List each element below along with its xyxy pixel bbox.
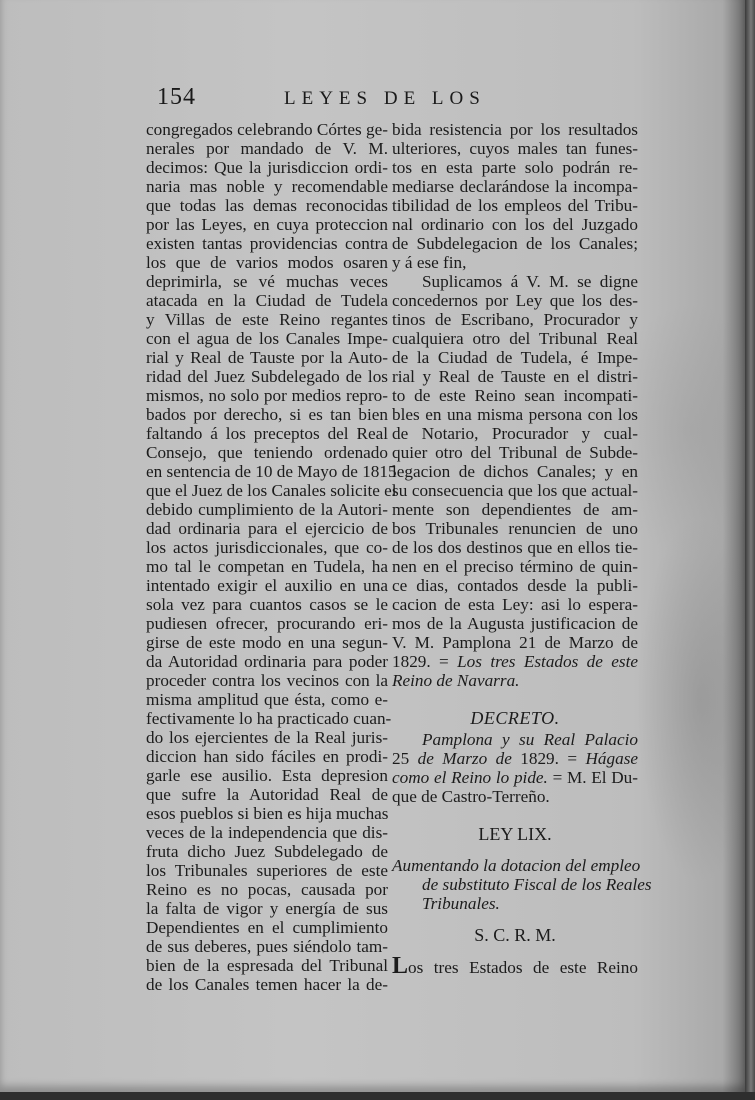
- text-line: congregados celebrando Córtes ge-: [146, 120, 388, 139]
- decree-order-cont: como el Reino lo pide.: [392, 768, 548, 787]
- decree-line-2: 25 de Marzo de 1829. = Hágase: [392, 749, 638, 768]
- text-line: su consecuencia que los que actual-: [392, 481, 638, 500]
- law-heading: LEY LIX.: [392, 822, 638, 846]
- text-line: y á ese fin,: [392, 253, 638, 272]
- text-line: bida resistencia por los resultados: [392, 120, 638, 139]
- closing-date: 1829. =: [392, 652, 457, 671]
- supplication-text: Suplicamos á V. M. se digneconcedernos p…: [392, 272, 638, 652]
- closing-signatories: Los tres Estados de este: [457, 652, 638, 671]
- text-line: ce dias, contados desde la publi-: [392, 576, 638, 595]
- text-line: bos Tribunales renuncien de uno: [392, 519, 638, 538]
- text-line: tos en esta parte solo podrán re-: [392, 158, 638, 177]
- text-line: de substituto Fiscal de los Reales: [392, 875, 638, 894]
- scan-border: [0, 1092, 755, 1100]
- decree-heading: DECRETO.: [392, 706, 638, 730]
- running-head-title: LEYES DE LOS: [284, 88, 486, 110]
- text-line: tinos de Escribano, Procurador y: [392, 310, 638, 329]
- text-line: que el Juez de los Canales solicite el: [146, 481, 388, 500]
- text-line: misma amplitud que ésta, como e-: [146, 690, 388, 709]
- text-line: de la Ciudad de Tudela, é Impe-: [392, 348, 638, 367]
- text-line: faltando á los preceptos del Real: [146, 424, 388, 443]
- text-line: Aumentando la dotacion del empleo: [392, 856, 638, 875]
- text-line: por las Leyes, en cuya proteccion: [146, 215, 388, 234]
- text-line: Tribunales.: [392, 894, 638, 913]
- text-line: V. M. Pamplona 21 de Marzo de: [392, 633, 638, 652]
- text-line: veces de la independencia que dis-: [146, 823, 388, 842]
- text-line: la falta de vigor y energía de sus: [146, 899, 388, 918]
- text-line: rial y Real de Tauste por la Auto-: [146, 348, 388, 367]
- text-line: nen en el preciso término de quin-: [392, 557, 638, 576]
- decree-line-3: como el Reino lo pide. = M. El Du-: [392, 768, 638, 787]
- closing-line: 1829. = Los tres Estados de este: [392, 652, 638, 671]
- text-line: proceder contra los vecinos con la: [146, 671, 388, 690]
- text-line: fectivamente lo ha practicado cuan-: [146, 709, 388, 728]
- text-line: intentado exigir el auxilio en una: [146, 576, 388, 595]
- text-line: con el agua de los Canales Impe-: [146, 329, 388, 348]
- text-line: ridad del Juez Subdelegado de los: [146, 367, 388, 386]
- running-head: 154 LEYES DE LOS: [157, 84, 637, 114]
- petition-text: bida resistencia por los resultadosulter…: [392, 120, 638, 272]
- law-opening-text: os tres Estados de este Reino: [408, 958, 638, 977]
- text-line: to de este Reino sean incompati-: [392, 386, 638, 405]
- text-line: sola vez para cuantos casos se le: [146, 595, 388, 614]
- text-line: quier otro del Tribunal de Subde-: [392, 443, 638, 462]
- decree-year: 1829. =: [512, 749, 586, 768]
- closing-signatories-cont: Reino de Navarra.: [392, 671, 638, 690]
- salutation: S. C. R. M.: [392, 923, 638, 947]
- book-page: 154 LEYES DE LOS congregados celebrando …: [0, 0, 745, 1092]
- decorated-initial: L: [392, 953, 408, 979]
- text-line: garle ese ausilio. Esta depresion: [146, 766, 388, 785]
- text-line: bles en una misma persona con los: [392, 405, 638, 424]
- text-line: de los dos destinos que en ellos tie-: [392, 538, 638, 557]
- text-line: Dependientes en el cumplimiento: [146, 918, 388, 937]
- text-line: y Villas de este Reino regantes: [146, 310, 388, 329]
- text-line: Consejo, que teniendo ordenado: [146, 443, 388, 462]
- text-line: de Notario, Procurador y cual-: [392, 424, 638, 443]
- text-line: los que de varios modos osaren: [146, 253, 388, 272]
- text-line: mos de la Augusta justificacion de: [392, 614, 638, 633]
- text-line: mente son dependientes de am-: [392, 500, 638, 519]
- text-line: mo tal le competan en Tudela, ha: [146, 557, 388, 576]
- text-line: los Tribunales superiores de este: [146, 861, 388, 880]
- text-line: deprimirla, se vé muchas veces: [146, 272, 388, 291]
- text-line: legacion de dichos Canales; y en: [392, 462, 638, 481]
- text-line: fruta dicho Juez Subdelegado de: [146, 842, 388, 861]
- text-line: pudiesen ofrecer, procurando eri-: [146, 614, 388, 633]
- text-line: Reino es no pocas, causada por: [146, 880, 388, 899]
- text-line: decimos: Que la jurisdiccion ordi-: [146, 158, 388, 177]
- text-line: ulteriores, cuyos males tan funes-: [392, 139, 638, 158]
- decree-month: de Marzo de: [418, 749, 512, 768]
- text-line: da Autoridad ordinaria para poder: [146, 652, 388, 671]
- text-line: en sentencia de 10 de Mayo de 1815: [146, 462, 388, 481]
- text-line: los actos jurisdiccionales, que co-: [146, 538, 388, 557]
- decree-signature: = M. El Du-: [548, 768, 638, 787]
- decree-day: 25: [392, 749, 418, 768]
- decree-line-4: que de Castro-Terreño.: [392, 787, 638, 806]
- right-column: bida resistencia por los resultadosulter…: [392, 120, 638, 976]
- text-line: concedernos por Ley que los des-: [392, 291, 638, 310]
- text-line: mediarse declarándose la incompa-: [392, 177, 638, 196]
- decree-line-1: Pamplona y su Real Palacio: [392, 730, 638, 749]
- text-line: de sus deberes, pues siéndolo tam-: [146, 937, 388, 956]
- book-edge: [745, 0, 755, 1100]
- text-line: nerales por mandado de V. M.: [146, 139, 388, 158]
- text-line: tibilidad de los empleos del Tribu-: [392, 196, 638, 215]
- text-line: de los Canales temen hacer la de-: [146, 975, 388, 994]
- text-line: mismos, no solo por medios repro-: [146, 386, 388, 405]
- text-line: nal ordinario con los del Juzgado: [392, 215, 638, 234]
- text-line: que sufre la Autoridad Real de: [146, 785, 388, 804]
- decree-order: Hágase: [586, 749, 639, 768]
- page-number: 154: [157, 84, 196, 111]
- text-line: que todas las demas reconocidas: [146, 196, 388, 215]
- left-column: congregados celebrando Córtes ge-nerales…: [146, 120, 388, 994]
- text-line: existen tantas providencias contra: [146, 234, 388, 253]
- text-line: cacion de esta Ley: asi lo espera-: [392, 595, 638, 614]
- text-line: esos pueblos si bien es hija muchas: [146, 804, 388, 823]
- text-line: de Subdelegacion de los Canales;: [392, 234, 638, 253]
- text-line: do los ejercientes de la Real juris-: [146, 728, 388, 747]
- text-line: dad ordinaria para el ejercicio de: [146, 519, 388, 538]
- text-line: Suplicamos á V. M. se digne: [392, 272, 638, 291]
- text-line: debido cumplimiento de la Autori-: [146, 500, 388, 519]
- text-line: cualquiera otro del Tribunal Real: [392, 329, 638, 348]
- law-summary: Aumentando la dotacion del empleode subs…: [392, 856, 638, 913]
- text-line: bien de la espresada del Tribunal: [146, 956, 388, 975]
- text-line: atacada en la Ciudad de Tudela: [146, 291, 388, 310]
- text-line: girse de este modo en una segun-: [146, 633, 388, 652]
- text-line: bados por derecho, si es tan bien: [146, 405, 388, 424]
- text-line: naria mas noble y recomendable: [146, 177, 388, 196]
- text-line: diccion han sido fáciles en prodi-: [146, 747, 388, 766]
- law-opening-line: Los tres Estados de este Reino: [392, 957, 638, 976]
- ink-smudge: ∙ ∙: [317, 948, 325, 959]
- text-line: rial y Real de Tauste en el distri-: [392, 367, 638, 386]
